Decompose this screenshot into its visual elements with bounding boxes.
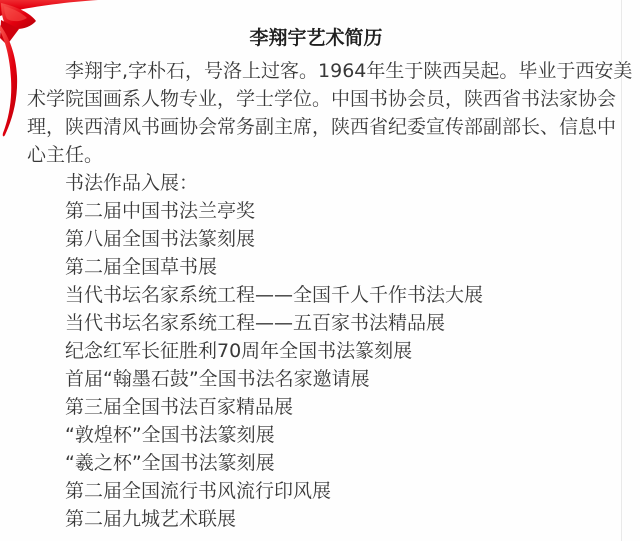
exhibition-item: 第二届全国流行书风流行印风展 (27, 477, 605, 505)
exhibition-item: “敦煌杯”全国书法篆刻展 (27, 421, 605, 449)
article-content: 李翔宇艺术简历 李翔宇,字朴石，号洛上过客。1964年生于陕西吴起。毕业于西安美… (27, 24, 605, 533)
bio-line: 心主任。 (27, 141, 605, 169)
exhibition-item: 纪念红军长征胜利70周年全国书法篆刻展 (27, 337, 605, 365)
document-page: 李翔宇艺术简历 李翔宇,字朴石，号洛上过客。1964年生于陕西吴起。毕业于西安美… (0, 0, 640, 541)
exhibition-list-heading: 书法作品入展： (27, 169, 605, 197)
exhibition-item: 首届“翰墨石鼓”全国书法名家邀请展 (27, 365, 605, 393)
exhibition-item: 第二届中国书法兰亭奖 (27, 197, 605, 225)
exhibition-list: 书法作品入展： 第二届中国书法兰亭奖 第八届全国书法篆刻展 第二届全国草书展 当… (27, 169, 605, 533)
page-title: 李翔宇艺术简历 (27, 24, 605, 52)
bio-line: 理，陕西清风书画协会常务副主席，陕西省纪委宣传部副部长、信息中 (27, 113, 605, 141)
bio-paragraph: 李翔宇,字朴石，号洛上过客。1964年生于陕西吴起。毕业于西安美 术学院国画系人… (27, 57, 605, 169)
exhibition-item: 第八届全国书法篆刻展 (27, 225, 605, 253)
exhibition-item: 第二届全国草书展 (27, 253, 605, 281)
bio-line: 术学院国画系人物专业，学士学位。中国书协会员，陕西省书法家协会 (27, 85, 605, 113)
exhibition-item: 第三届全国书法百家精品展 (27, 393, 605, 421)
exhibition-item: 第二届九城艺术联展 (27, 505, 605, 533)
exhibition-item: 当代书坛名家系统工程——全国千人千作书法大展 (27, 281, 605, 309)
exhibition-item: 当代书坛名家系统工程——五百家书法精品展 (27, 309, 605, 337)
bio-line: 李翔宇,字朴石，号洛上过客。1964年生于陕西吴起。毕业于西安美 (27, 57, 605, 85)
exhibition-item: “羲之杯”全国书法篆刻展 (27, 449, 605, 477)
